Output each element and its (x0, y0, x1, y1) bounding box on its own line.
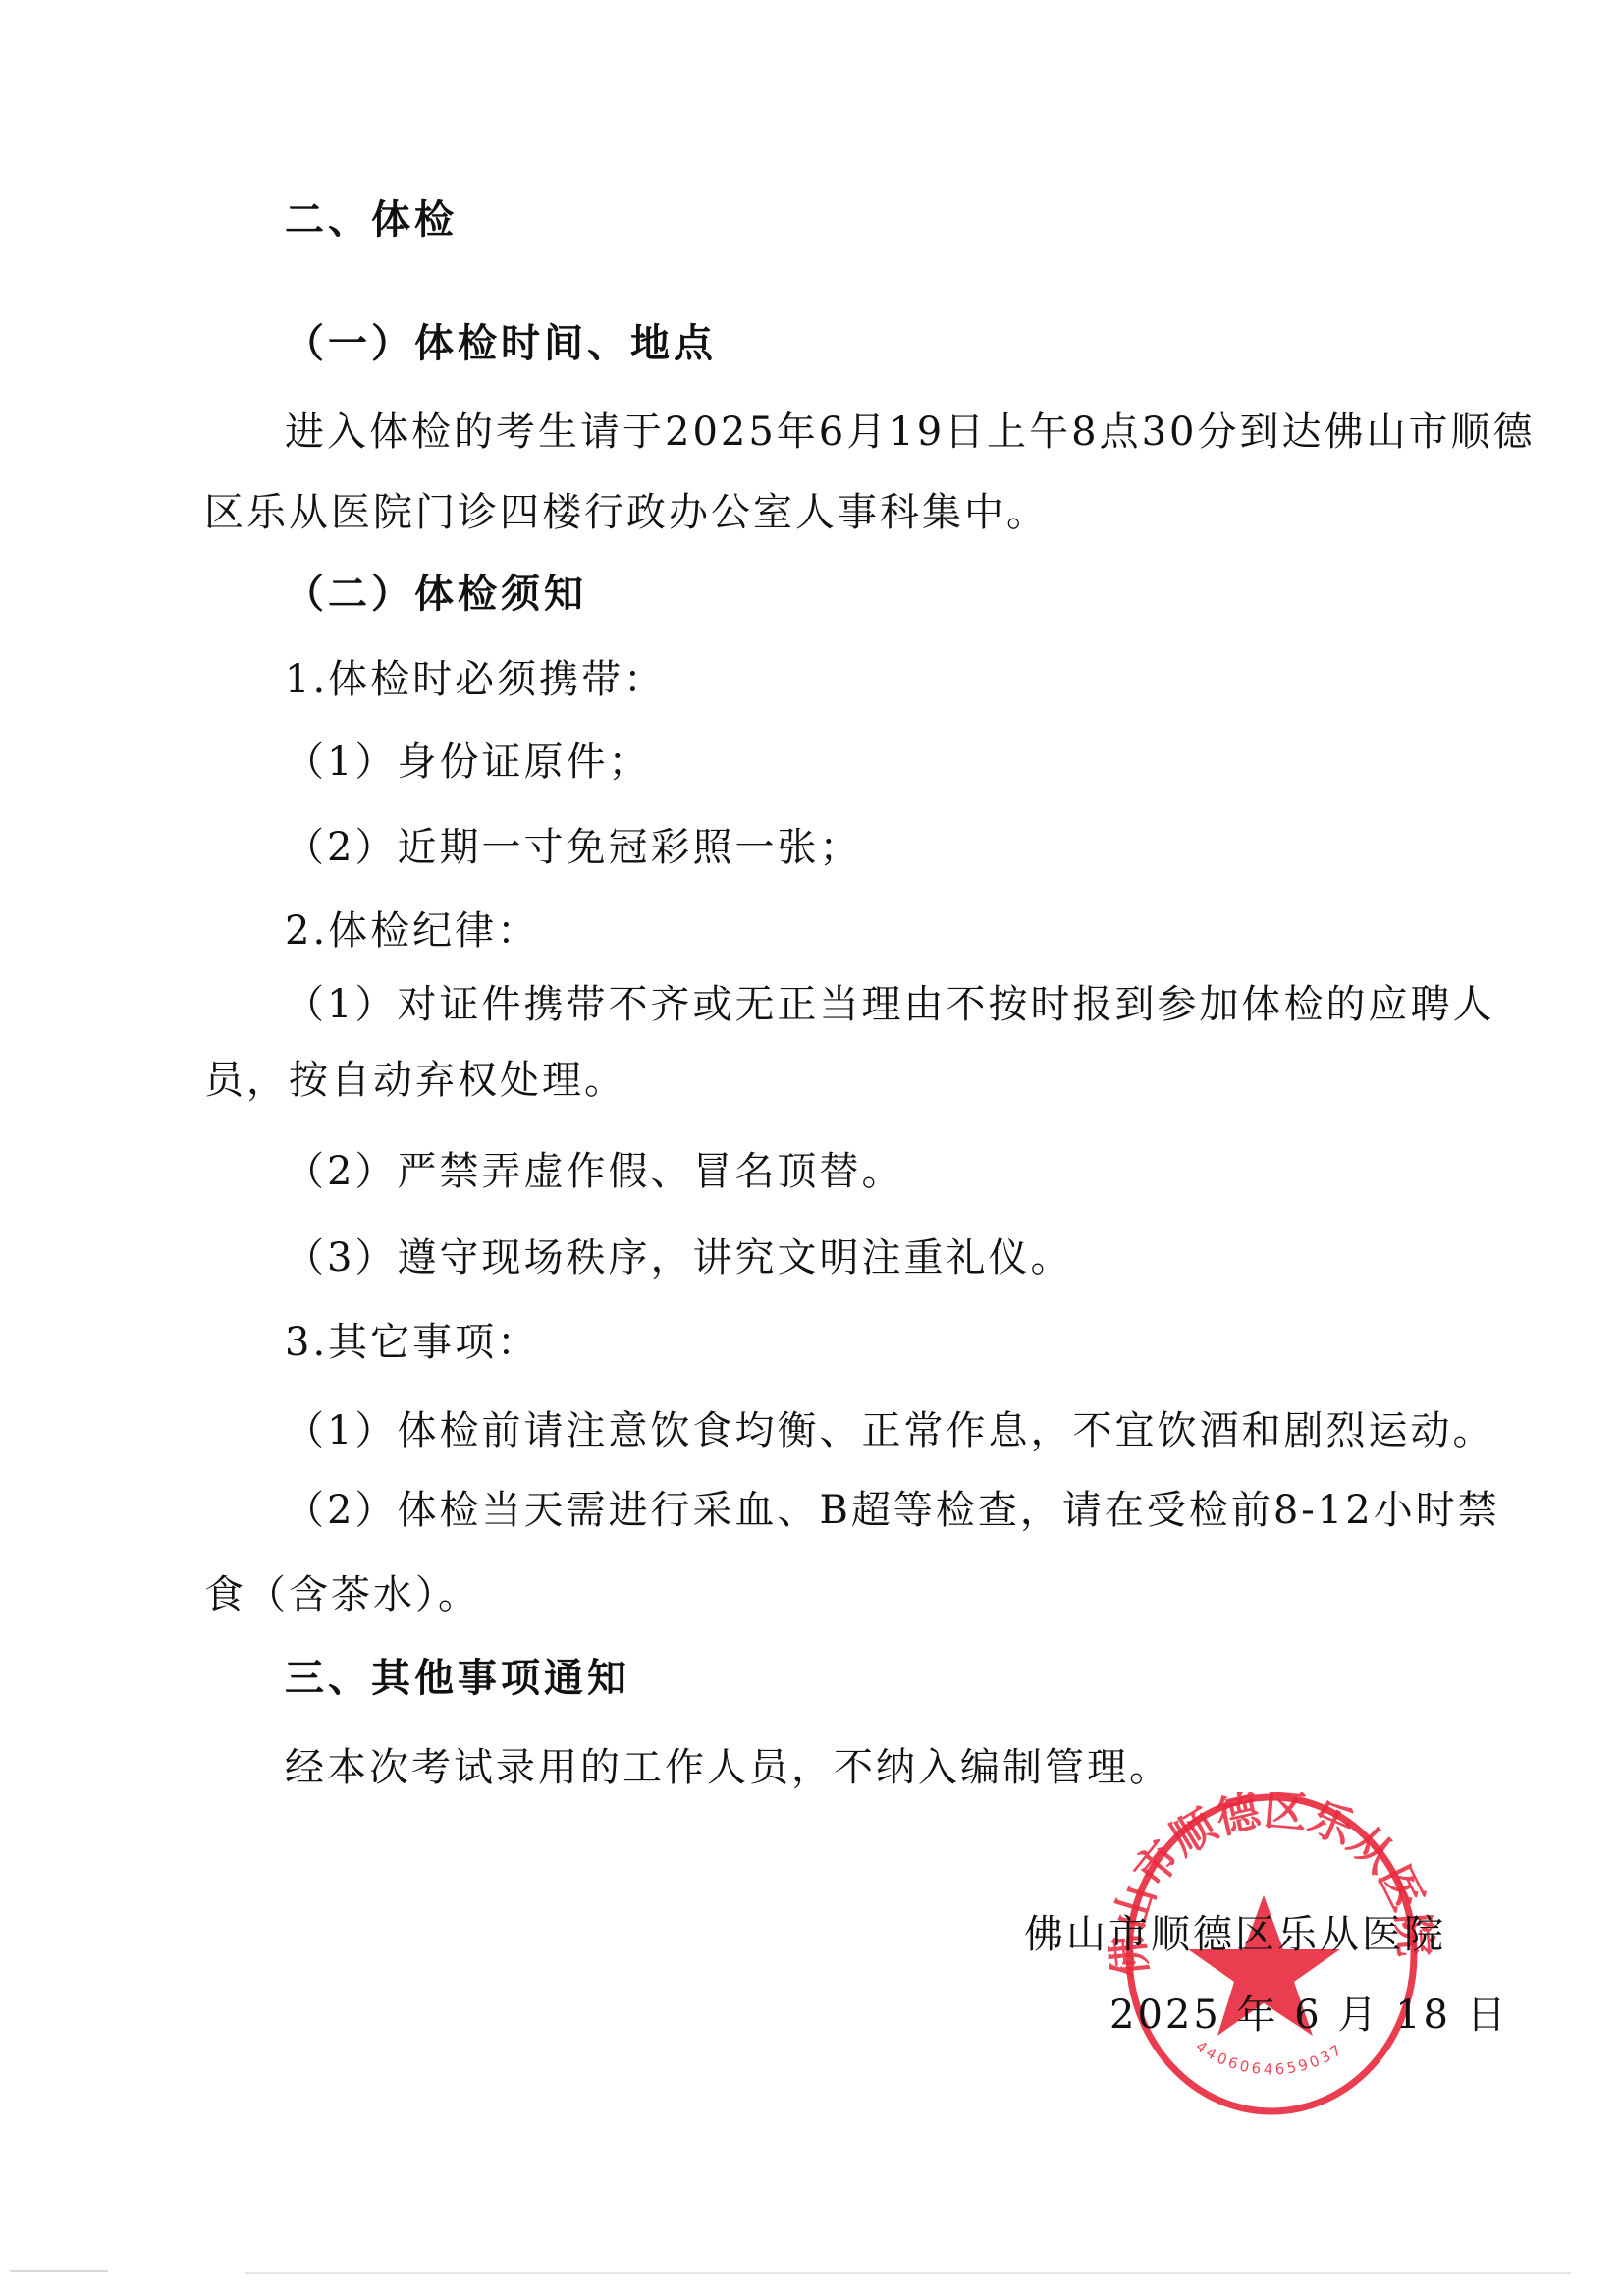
scan-artifact (10, 2270, 108, 2272)
signature-organization: 佛山市顺德区乐从医院 (1024, 1911, 1446, 1958)
scan-artifact (245, 2272, 1571, 2274)
item-2-point-3: （3）遵守现场秩序，讲究文明注重礼仪。 (285, 1234, 1072, 1282)
item-1-title: 1.体检时必须携带： (285, 656, 666, 703)
item-3-point-2-line-1: （2）体检当天需进行采血、B超等检查，请在受检前8-12小时禁 (285, 1487, 1500, 1534)
item-1-point-1: （1）身份证原件； (285, 738, 650, 786)
section-3-heading: 三、其他事项通知 (285, 1655, 630, 1702)
svg-text:4406064659037: 4406064659037 (1193, 2038, 1347, 2079)
item-2-point-1-line-2: 员，按自动弃权处理。 (204, 1057, 626, 1104)
subsection-1-heading: （一）体检时间、地点 (285, 320, 717, 367)
section-3-body: 经本次考试录用的工作人员，不纳入编制管理。 (285, 1744, 1171, 1791)
item-2-point-2: （2）严禁弄虚作假、冒名顶替。 (285, 1148, 903, 1195)
item-2-point-1-line-1: （1）对证件携带不齐或无正当理由不按时报到参加体检的应聘人 (285, 981, 1494, 1028)
stamp-code: 4406064659037 (1193, 2038, 1347, 2079)
item-3-point-2-line-2: 食（含茶水）。 (204, 1571, 480, 1618)
subsection-1-body-line-1: 进入体检的考生请于2025年6月19日上午8点30分到达佛山市顺德 (285, 409, 1536, 456)
item-1-point-2: （2）近期一寸免冠彩照一张； (285, 824, 861, 871)
item-2-title: 2.体检纪律： (285, 907, 539, 955)
subsection-2-heading: （二）体检须知 (285, 571, 587, 618)
section-2-heading: 二、体检 (285, 196, 458, 244)
signature-date: 2025 年 6 月 18 日 (1109, 1992, 1509, 2039)
subsection-1-body-line-2: 区乐从医院门诊四楼行政办公室人事科集中。 (204, 489, 1049, 536)
item-3-point-1: （1）体检前请注意饮食均衡、正常作息，不宜饮酒和剧烈运动。 (285, 1407, 1494, 1454)
item-3-title: 3.其它事项： (285, 1319, 539, 1366)
